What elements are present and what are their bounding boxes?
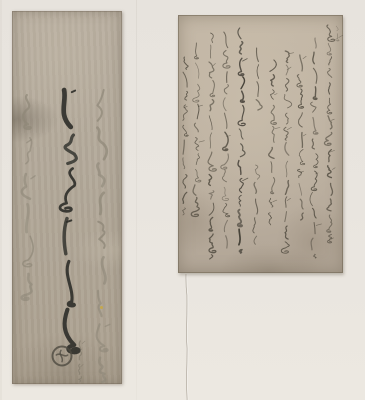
photo-of-calligraphy-manuscripts <box>0 0 365 400</box>
yellow-paper-speck <box>100 306 103 309</box>
cipher-seal <box>53 347 72 366</box>
tanzaku-calligraphy-strip <box>12 11 122 384</box>
large-cursive-calligraphy <box>12 11 122 384</box>
mat-seam-line <box>136 0 137 400</box>
manuscript-calligraphy-page <box>178 15 343 273</box>
dense-cursive-calligraphy <box>178 15 343 273</box>
